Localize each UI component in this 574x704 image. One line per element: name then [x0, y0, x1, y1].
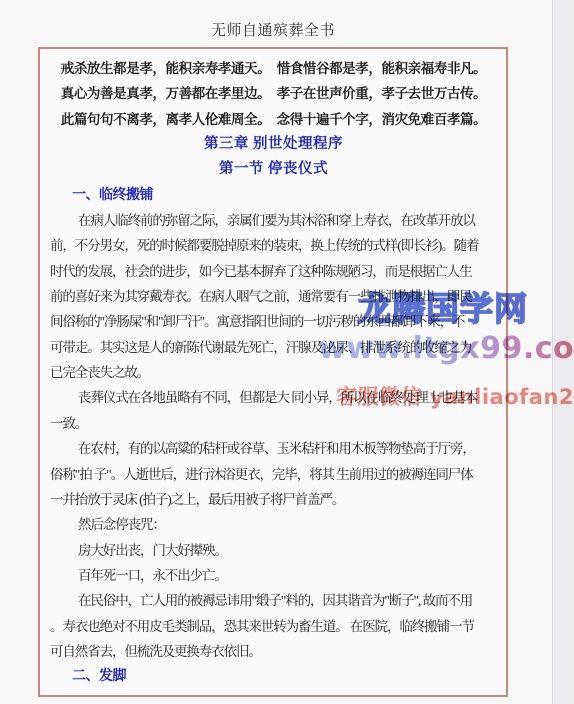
text-line: 丧葬仪式在各地虽略有不同，但都是大 同小异，所以在临终处理上也基本	[50, 385, 497, 410]
text-line: 第一节 停丧仪式	[50, 157, 497, 182]
text-line: 第三章 别世处理程序	[50, 132, 497, 157]
text-line: 可带走。其实这是人的新陈代谢最先死亡，汗腺及泌尿、排泄系统的收缩之力	[50, 335, 497, 360]
text-line: 真心为善是真孝，万善都在孝里边。 孝子在世声价重，孝子去世万古传。	[50, 81, 497, 106]
book-title: 无师自通殡葬全书	[38, 19, 508, 40]
text-line: 可自然省去，但梳洗及更换寿衣依旧。	[50, 639, 497, 664]
text-lines: 戒杀放生都是孝，能积亲寿孝通天。 惜食惜谷都是孝，能积亲福寿非凡。真心为善是真孝…	[40, 49, 506, 690]
text-line: 一致。	[50, 411, 497, 436]
scan-edge-shadow	[552, 0, 574, 704]
scanned-book-page: { "page": { "title": "无师自通殡葬全书" }, "wate…	[0, 0, 574, 704]
text-line: 前，不分男女，死的时候都要脱掉原来的装束，换上传统的式样(即长衫)。随着	[50, 233, 497, 258]
text-line: 间俗称的"净肠屎"和"卸尸汗"。寓意指阳世间的一切污秽的东西都卸下来，不	[50, 309, 497, 334]
text-line: 房大好出丧，门大好撵殃。	[50, 538, 497, 563]
text-line: 。寿衣也绝对不用皮毛类制品，恐其来世转为畜生道。 在医院，临终搬铺一节	[50, 614, 497, 639]
text-line: 时代的发展，社会的进步，如今已基本摒弃了这种陈规陋习，而是根据亡人生	[50, 259, 497, 284]
text-line: 然后念停丧咒：	[50, 512, 497, 537]
text-line: 已完全丧失之故。	[50, 360, 497, 385]
text-line: 在民俗中，亡人用的被褥忌讳用"缎子"料的，因其谐音为"断子", 故而不用	[50, 588, 497, 613]
text-line: 百年死一口，永不出少亡。	[50, 563, 497, 588]
text-line: 此篇句句不离孝，离孝人伦难周全。 念得十遍千个字，消灾免难百孝篇。	[50, 107, 497, 132]
text-line: 戒杀放生都是孝，能积亲寿孝通天。 惜食惜谷都是孝，能积亲福寿非凡。	[50, 56, 497, 81]
text-line: 一、临终搬铺	[50, 183, 497, 208]
text-line: 二、发脚	[50, 664, 497, 689]
text-line: 前的喜好来为其穿戴寿衣。在病人咽气之前，通常要有一些排泄物排出，即民	[50, 284, 497, 309]
content-border-box: 戒杀放生都是孝，能积亲寿孝通天。 惜食惜谷都是孝，能积亲福寿非凡。真心为善是真孝…	[38, 47, 508, 697]
text-line: 一并抬放于灵床 (拍子)之上，最后用被子将尸首盖严。	[50, 487, 497, 512]
text-line: 在病人临终前的弥留之际，亲属们要为其沐浴和穿上寿衣，在改革开放以	[50, 208, 497, 233]
text-line: 俗称"拍 子"。人逝世后，进行沐浴更衣，完毕，将其 生前用过的被褥连同尸体	[50, 462, 497, 487]
text-line: 在农村，有的以高粱的秸杆或谷草、玉米秸杆和用木板等物垫高于厅旁，	[50, 436, 497, 461]
